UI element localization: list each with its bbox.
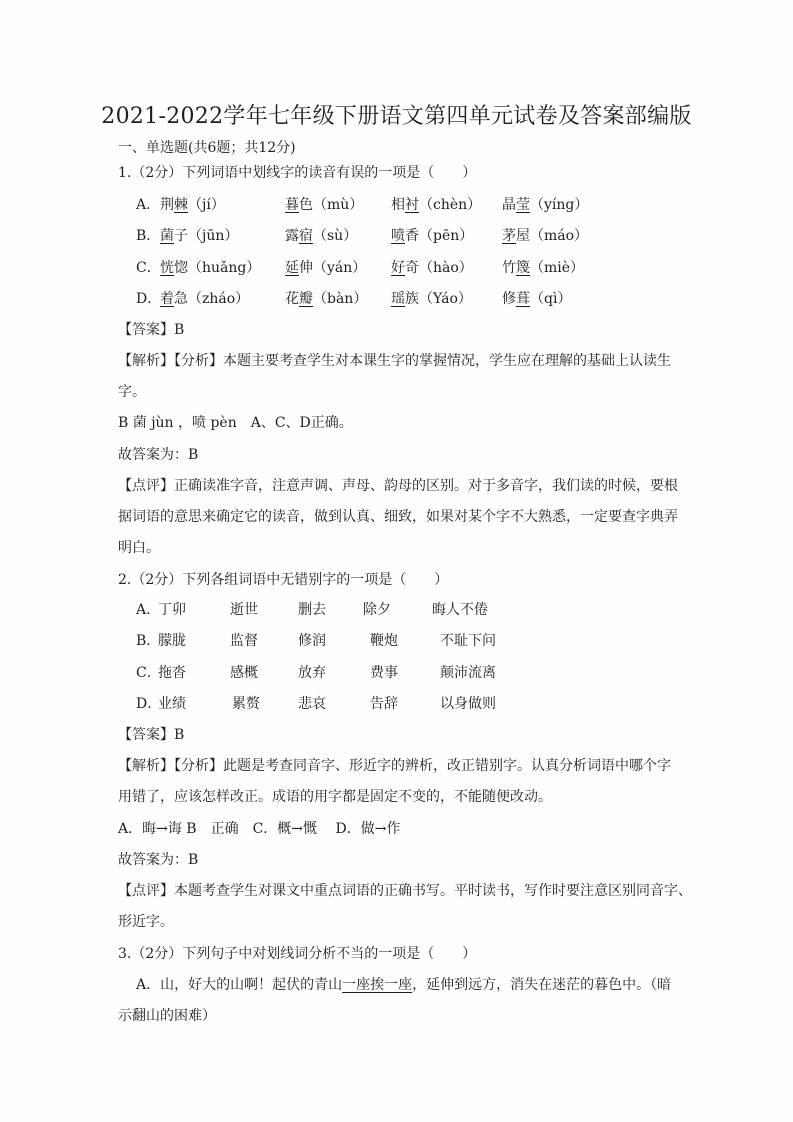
word-item: 晶莹（yíng）	[502, 195, 588, 215]
word-item: 露宿（sù）	[285, 226, 357, 246]
q3-option-a-continued: 示翻山的困难）	[118, 1006, 216, 1026]
q2-final-answer: 故答案为：B	[118, 850, 198, 870]
option-label: B．	[136, 226, 160, 246]
q2-option-a: A． 丁卯 逝世 删去 除夕 晦人不倦	[136, 600, 536, 620]
q2-analysis-line-2: 用错了，应该怎样改正。成语的用字都是固定不变的，不能随便改动。	[118, 787, 552, 807]
word-item: 朦胧	[158, 631, 186, 651]
q1-option-b: B． 菌子（jūn） 露宿（sù） 喷香（pēn） 茅屋（máo）	[136, 226, 696, 246]
word-item: 颠沛流离	[440, 663, 496, 683]
word-item: 相衬（chèn）	[391, 195, 481, 215]
word-item: 鞭炮	[370, 631, 398, 651]
q1-comment-line-1: 【点评】正确读准字音，注意声调、声母、韵母的区别。对于多音字，我们读的时候，要根	[118, 476, 678, 496]
option-text: ，延伸到远方，消失在迷茫的暮色中。（暗	[412, 977, 671, 993]
word-item: 费事	[370, 663, 398, 683]
option-label: D．	[136, 289, 161, 309]
word-item: 监督	[230, 631, 258, 651]
option-label: C．	[136, 258, 161, 278]
word-item: 修葺（qì）	[502, 289, 571, 309]
option-label: B．	[136, 631, 160, 651]
question-2-stem: 2.（2分）下列各组词语中无错别字的一项是（ ）	[118, 570, 448, 590]
word-item: 业绩	[158, 694, 186, 714]
exam-page: 2021-2022学年七年级下册语文第四单元试卷及答案部编版 一、单选题(共6题…	[0, 0, 793, 1122]
option-label: C．	[136, 663, 161, 683]
word-item: 荆棘（jí）	[160, 195, 225, 215]
word-item: 茅屋（máo）	[502, 226, 588, 246]
word-item: 丁卯	[158, 600, 186, 620]
q1-comment-line-3: 明白。	[118, 538, 160, 558]
word-item: 修润	[298, 631, 326, 651]
word-item: 除夕	[363, 600, 391, 620]
word-item: 拖沓	[158, 663, 186, 683]
underlined-phrase: 一座挨一座	[342, 977, 412, 993]
word-item: 恍惚（huǎng）	[160, 258, 260, 278]
word-item: 放弃	[298, 663, 326, 683]
word-item: 瑶族（Yáo）	[391, 289, 472, 309]
word-item: 晦人不倦	[432, 600, 488, 620]
q1-option-a: A． 荆棘（jí） 暮色（mù） 相衬（chèn） 晶莹（yíng）	[136, 195, 696, 215]
q2-corrections: A．晦→诲 B 正确 C．概→慨 D．做→作	[118, 819, 400, 839]
q1-analysis-line-1: 【解析】【分析】本题主要考查学生对本课生字的掌握情况，学生应在理解的基础上认读生	[118, 351, 671, 371]
word-item: 累赘	[232, 694, 260, 714]
word-item: 逝世	[230, 600, 258, 620]
word-item: 暮色（mù）	[285, 195, 363, 215]
q2-comment-line-2: 形近字。	[118, 912, 174, 932]
option-label: A．	[136, 195, 160, 215]
q1-option-c: C． 恍惚（huǎng） 延伸（yán） 好奇（hào） 竹篾（miè）	[136, 258, 696, 278]
word-item: 菌子（jūn）	[160, 226, 238, 246]
document-title: 2021-2022学年七年级下册语文第四单元试卷及答案部编版	[0, 101, 793, 133]
q1-analysis-line-2: 字。	[118, 382, 146, 402]
word-item: 删去	[298, 600, 326, 620]
word-item: 喷香（pēn）	[391, 226, 473, 246]
word-item: 着急（zháo）	[160, 289, 249, 309]
q2-answer: 【答案】B	[118, 725, 184, 745]
q2-option-d: D． 业绩 累赘 悲哀 告辞 以身做则	[136, 694, 536, 714]
section-heading: 一、单选题(共6题；共12分)	[118, 138, 296, 158]
word-item: 不耻下问	[440, 631, 496, 651]
option-text: A．山，好大的山啊！起伏的青山	[136, 977, 342, 993]
q2-analysis-line-1: 【解析】【分析】此题是考查同音字、形近字的辨析，改正错别字。认真分析词语中哪个字	[118, 756, 671, 776]
q2-option-c: C． 拖沓 感概 放弃 费事 颠沛流离	[136, 663, 536, 683]
option-label: A．	[136, 600, 160, 620]
word-item: 以身做则	[440, 694, 496, 714]
word-item: 好奇（hào）	[391, 258, 473, 278]
q3-option-a: A．山，好大的山啊！起伏的青山一座挨一座，延伸到远方，消失在迷茫的暮色中。（暗	[136, 975, 671, 995]
q1-answer: 【答案】B	[118, 320, 184, 340]
word-item: 竹篾（miè）	[502, 258, 584, 278]
question-1-stem: 1.（2分）下列词语中划线字的读音有误的一项是（ ）	[118, 163, 476, 183]
word-item: 告辞	[370, 694, 398, 714]
q1-note: B 菌 jùn ，喷 pèn A、C、D正确。	[118, 413, 353, 433]
q1-final-answer: 故答案为：B	[118, 445, 198, 465]
word-item: 延伸（yán）	[285, 258, 366, 278]
word-item: 悲哀	[298, 694, 326, 714]
question-3-stem: 3.（2分）下列句子中对划线词分析不当的一项是（ ）	[118, 944, 476, 964]
q1-option-d: D． 着急（zháo） 花瓣（bàn） 瑶族（Yáo） 修葺（qì）	[136, 289, 696, 309]
word-item: 花瓣（bàn）	[285, 289, 367, 309]
q2-comment-line-1: 【点评】本题考查学生对课文中重点词语的正确书写。平时读书，写作时要注意区别同音字…	[118, 881, 692, 901]
q1-comment-line-2: 据词语的意思来确定它的读音，做到认真、细致，如果对某个字不大熟悉，一定要查字典弄	[118, 507, 678, 527]
word-item: 感概	[230, 663, 258, 683]
q2-option-b: B． 朦胧 监督 修润 鞭炮 不耻下问	[136, 631, 536, 651]
